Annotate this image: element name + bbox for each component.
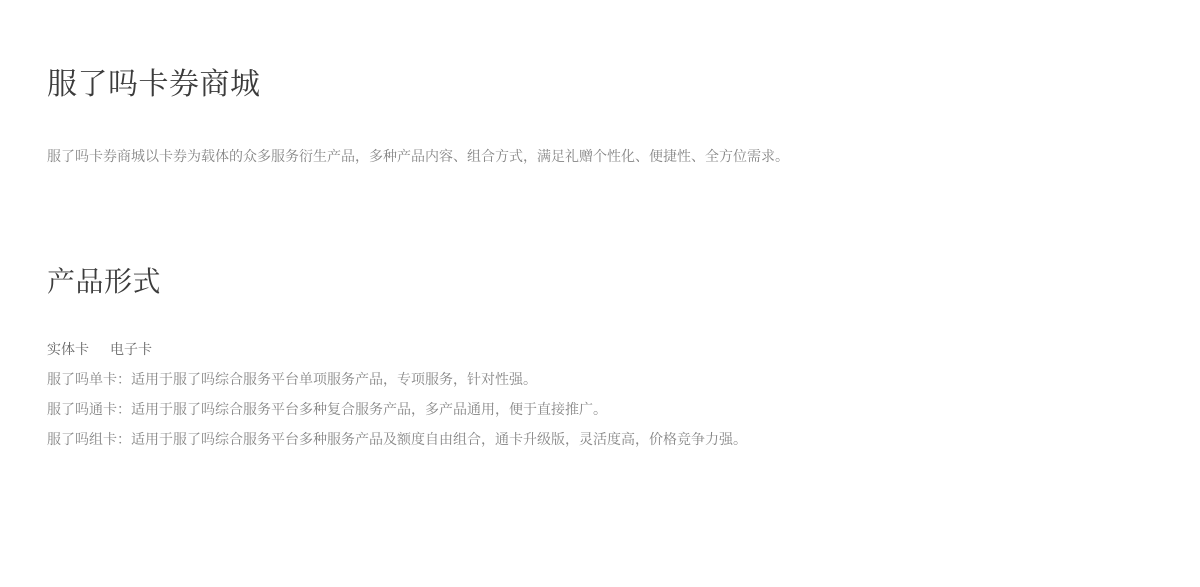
product-description-list: 服了吗单卡：适用于服了吗综合服务平台单项服务产品，专项服务，针对性强。 服了吗通… xyxy=(47,364,1153,454)
list-item-single-card: 服了吗单卡：适用于服了吗综合服务平台单项服务产品，专项服务，针对性强。 xyxy=(47,364,1153,394)
page: 服了吗卡券商城 服了吗卡券商城以卡券为载体的众多服务衍生产品，多种产品内容、组合… xyxy=(0,0,1200,587)
section-heading-product-forms: 产品形式 xyxy=(47,265,1153,299)
tab-electronic-card[interactable]: 电子卡 xyxy=(110,339,152,359)
page-subtitle: 服了吗卡券商城以卡券为载体的众多服务衍生产品，多种产品内容、组合方式，满足礼赠个… xyxy=(47,146,1153,166)
tab-physical-card[interactable]: 实体卡 xyxy=(47,339,89,359)
card-type-tab-row: 实体卡 电子卡 xyxy=(47,339,1153,359)
list-item-combo-card: 服了吗组卡：适用于服了吗综合服务平台多种服务产品及额度自由组合，通卡升级版，灵活… xyxy=(47,424,1153,454)
page-title: 服了吗卡券商城 xyxy=(47,66,1153,104)
list-item-universal-card: 服了吗通卡：适用于服了吗综合服务平台多种复合服务产品，多产品通用，便于直接推广。 xyxy=(47,394,1153,424)
